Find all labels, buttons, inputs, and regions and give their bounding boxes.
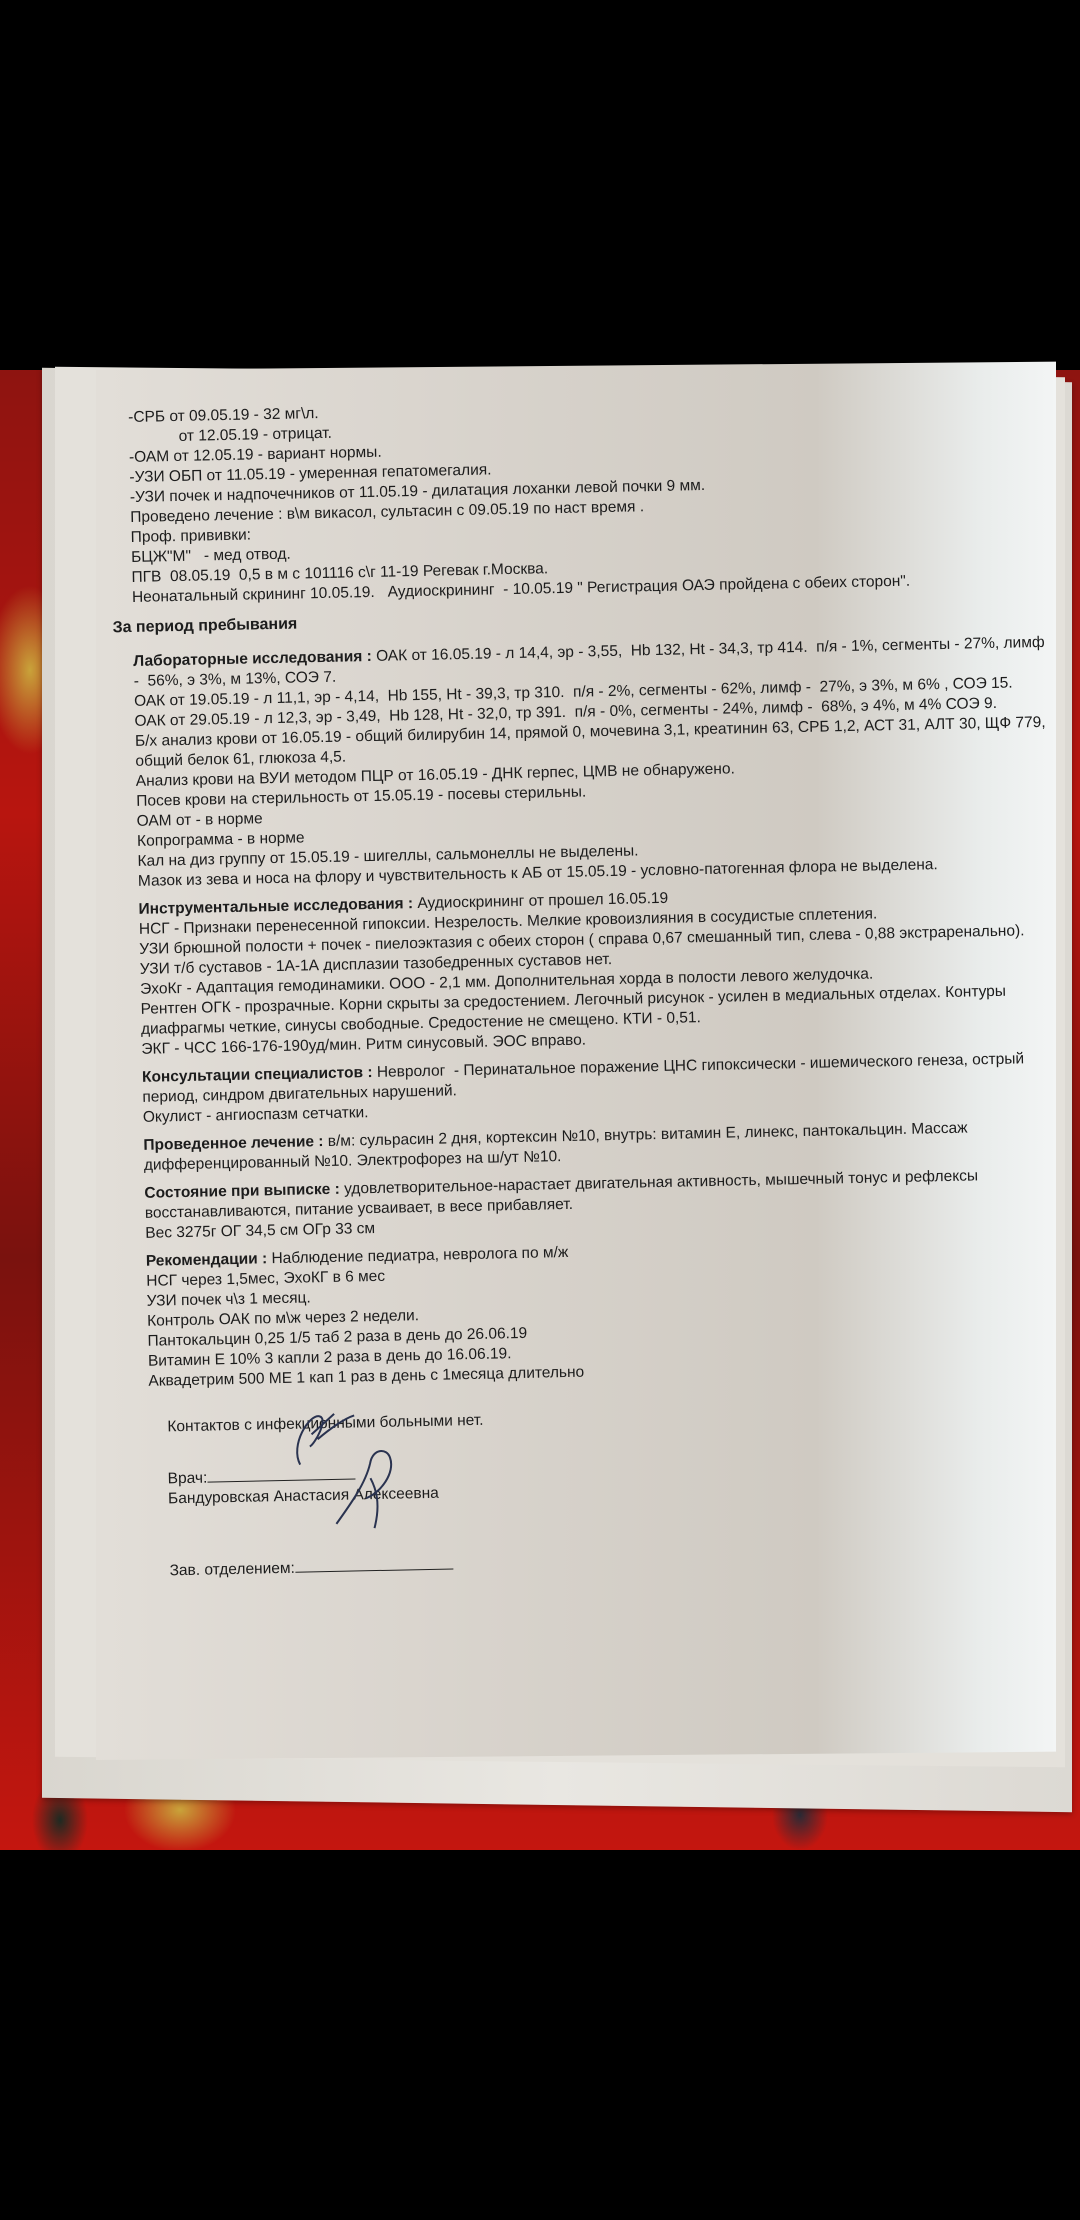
doctor-signature-row: Врач: Бандуровская Анастасия Алексеевна <box>150 1431 1071 1530</box>
doctor-name: Бандуровская Анастасия Алексеевна <box>168 1485 439 1508</box>
treatment-label: Проведенное лечение : <box>143 1133 323 1154</box>
discharge-summary-text: -СРБ от 09.05.19 - 32 мг\л. от 12.05.19 … <box>128 389 1073 1602</box>
lab-label: Лабораторные исследования : <box>133 648 372 670</box>
recommend-label: Рекомендации : <box>146 1250 268 1270</box>
consult-label: Консультации специалистов : <box>142 1064 373 1086</box>
doctor-signature-line <box>207 1466 355 1482</box>
head-signature-line <box>295 1556 453 1572</box>
head-label: Зав. отделением: <box>169 1560 295 1580</box>
contacts-note: Контактов с инфекционными больными нет. <box>149 1399 1069 1438</box>
doctor-label: Врач: <box>167 1470 207 1488</box>
discharge-label: Состояние при выписке : <box>144 1181 340 1202</box>
